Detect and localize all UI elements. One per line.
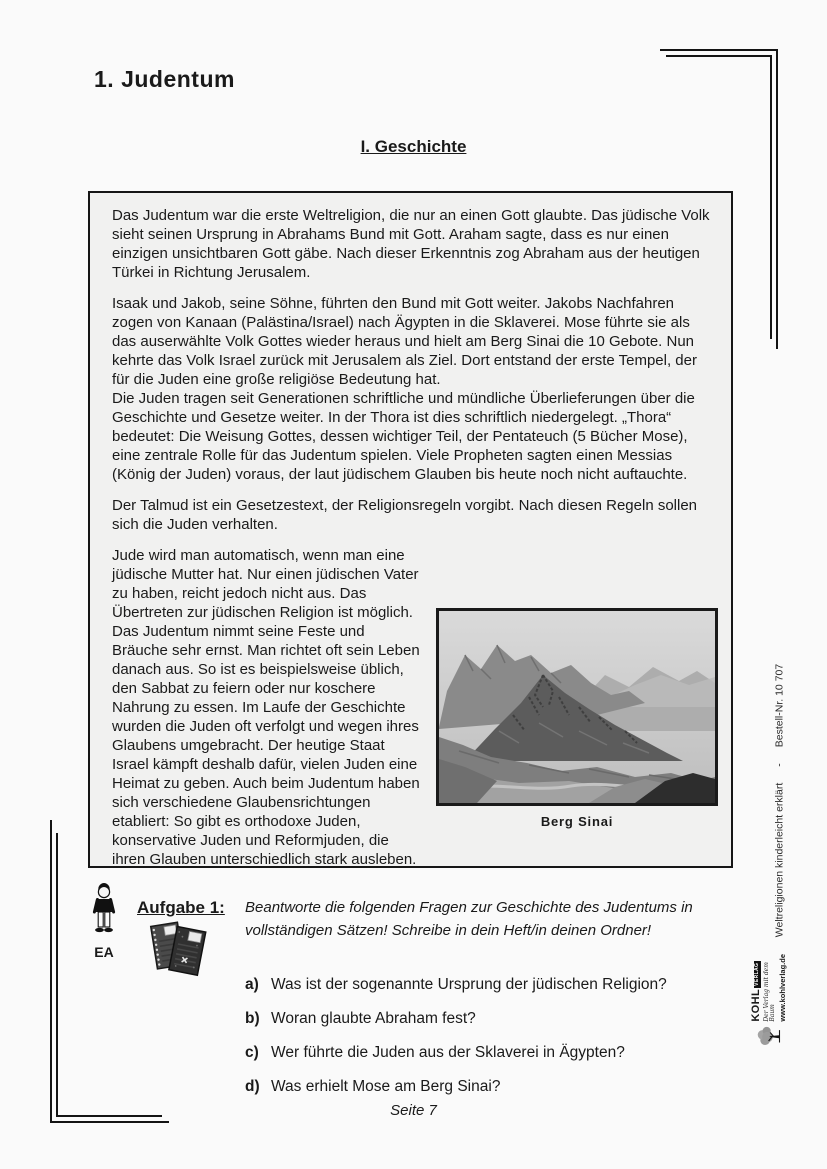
- question-id: b): [245, 1008, 271, 1029]
- tree-icon: [754, 1025, 784, 1048]
- question-item: c) Wer führte die Juden aus der Sklavere…: [245, 1042, 715, 1063]
- question-text: Woran glaubte Abraham fest?: [271, 1008, 476, 1029]
- paragraph: Jude wird man automatisch, wenn man eine…: [112, 547, 420, 868]
- work-mode-label: EA: [82, 944, 126, 960]
- question-id: a): [245, 974, 271, 995]
- page-title: 1. Judentum: [94, 66, 235, 93]
- imprint-separator: -: [774, 763, 786, 767]
- paragraph: Das Judentum war die erste Weltreligion,…: [112, 206, 712, 282]
- publisher-logo-text: KOHL VERLAG Der Verlag mit dem Baum www.…: [751, 954, 786, 1022]
- notebooks-icon: [146, 916, 212, 978]
- question-item: a) Was ist der sogenannte Ursprung der j…: [245, 974, 715, 995]
- task-instruction: Beantworte die folgenden Fragen zur Gesc…: [245, 897, 727, 942]
- question-item: d) Was erhielt Mose am Berg Sinai?: [245, 1076, 715, 1097]
- brand-url: www.kohlverlag.de: [779, 954, 787, 1022]
- question-id: d): [245, 1076, 271, 1097]
- paragraph: Die Juden tragen seit Generationen schri…: [112, 389, 712, 484]
- question-text: Was erhielt Mose am Berg Sinai?: [271, 1076, 500, 1097]
- question-list: a) Was ist der sogenannte Ursprung der j…: [245, 974, 715, 1110]
- paragraph: Isaak und Jakob, seine Söhne, führten de…: [112, 294, 712, 389]
- sidebar-imprint: Weltreligionen kinderleicht erklärt-Best…: [774, 661, 789, 941]
- notebooks-icon-wrap: [146, 916, 212, 983]
- berg-sinai-photo: [436, 608, 718, 806]
- task-label: Aufgabe 1:: [137, 898, 225, 918]
- question-id: c): [245, 1042, 271, 1063]
- question-text: Wer führte die Juden aus der Sklaverei i…: [271, 1042, 625, 1063]
- work-mode-badge: EA: [82, 881, 126, 960]
- person-icon: [89, 881, 119, 937]
- publisher-logo: KOHL VERLAG Der Verlag mit dem Baum www.…: [742, 954, 796, 1048]
- worksheet-page: 1. Judentum I. Geschichte Das Judentum w…: [0, 0, 827, 1169]
- order-number: Bestell-Nr. 10 707: [774, 664, 786, 747]
- question-item: b) Woran glaubte Abraham fest?: [245, 1008, 715, 1029]
- info-box: Das Judentum war die erste Weltreligion,…: [88, 191, 733, 868]
- page-number: Seite 7: [0, 1102, 827, 1119]
- paragraph-with-photo: Berg Sinai Jude wird man automatisch, we…: [112, 546, 712, 869]
- paragraph: Der Talmud ist ein Gesetzestext, der Rel…: [112, 496, 712, 534]
- series-title: Weltreligionen kinderleicht erklärt: [774, 783, 786, 937]
- brand-row: KOHL VERLAG: [751, 954, 763, 1022]
- photo-caption: Berg Sinai: [436, 812, 718, 831]
- brand-name: KOHL: [751, 989, 763, 1022]
- brand-tagline: Der Verlag mit dem Baum: [764, 954, 777, 1022]
- section-heading: I. Geschichte: [0, 137, 827, 157]
- brand-suffix: VERLAG: [754, 961, 761, 988]
- question-text: Was ist der sogenannte Ursprung der jüdi…: [271, 974, 667, 995]
- berg-sinai-figure: Berg Sinai: [436, 608, 718, 831]
